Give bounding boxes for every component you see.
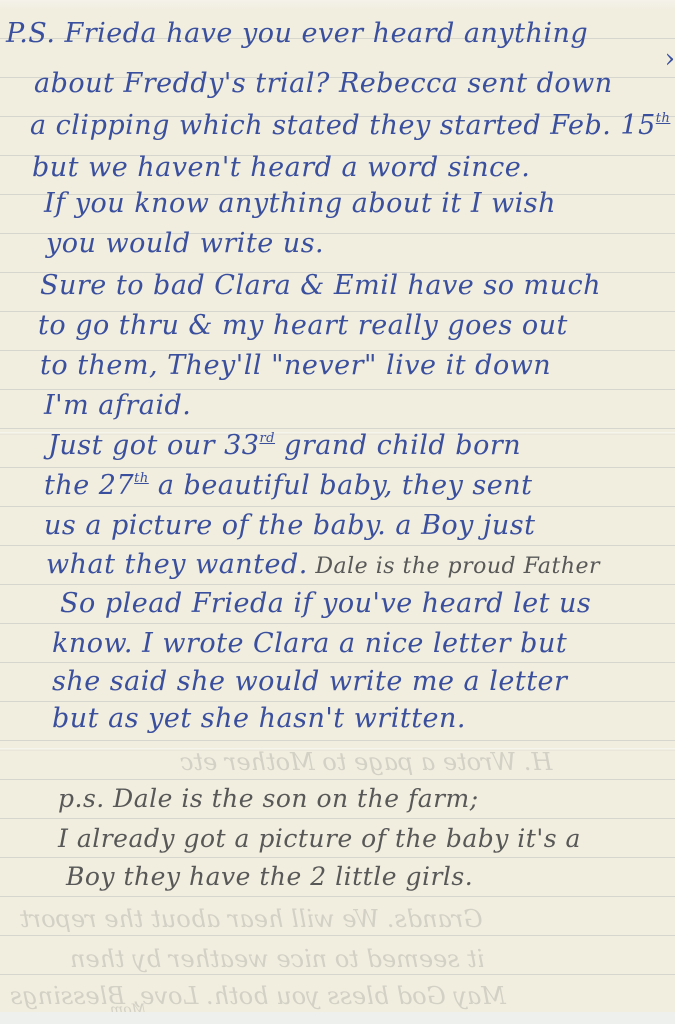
postscript-line: I already got a picture of the baby it's…: [58, 826, 581, 851]
letter-line: P.S. Frieda have you ever heard anything: [6, 20, 588, 47]
letter-line: about Freddy's trial? Rebecca sent down: [34, 70, 613, 97]
scan-edge: [0, 1012, 675, 1024]
bleed-through-line: it seemed to nice weather by then: [70, 945, 485, 973]
letter-line: she said she would write me a letter: [52, 668, 567, 695]
postscript-line: Boy they have the 2 little girls.: [66, 864, 473, 889]
letter-line: If you know anything about it I wish: [44, 190, 556, 217]
letter-page: H. Wrote a page to Mother etc Grands. We…: [0, 0, 675, 1024]
bleed-through-line: Grands. We will hear about the report: [20, 905, 483, 933]
letter-line: to them, They'll "never" live it down: [40, 352, 551, 379]
letter-line: but as yet she hasn't written.: [52, 705, 466, 732]
letter-line: Sure to bad Clara & Emil have so much: [40, 272, 601, 299]
letter-line: you would write us.: [46, 230, 324, 257]
letter-line: the 27th a beautiful baby, they sent: [44, 472, 533, 499]
letter-line: what they wanted. Dale is the proud Fath…: [46, 551, 600, 578]
postscript-line: p.s. Dale is the son on the farm;: [58, 786, 479, 811]
letter-line: I'm afraid.: [44, 392, 191, 419]
letter-line: but we haven't heard a word since.: [32, 154, 530, 181]
bleed-through-line: H. Wrote a page to Mother etc: [180, 748, 552, 776]
letter-line: Just got our 33rd grand child born: [48, 432, 521, 459]
margin-mark: ›: [665, 44, 675, 74]
letter-line: So plead Frieda if you've heard let us: [60, 590, 591, 617]
letter-line: a clipping which stated they started Feb…: [30, 112, 670, 139]
letter-line: us a picture of the baby. a Boy just: [44, 512, 535, 539]
letter-line: know. I wrote Clara a nice letter but: [52, 630, 567, 657]
letter-line: to go thru & my heart really goes out: [38, 312, 568, 339]
bleed-through-line: May God bless you both. Love, Blessings: [10, 982, 506, 1010]
added-note: Dale is the proud Father: [308, 554, 600, 579]
